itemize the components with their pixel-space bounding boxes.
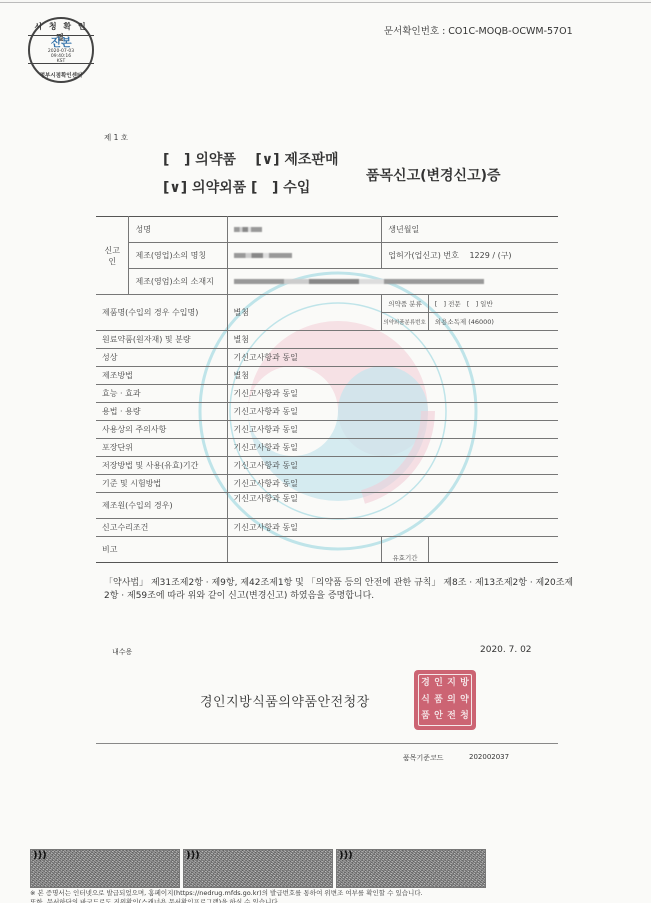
authenticity-seal: 시 청 확 인 필 진본 2020-07-03 09:40:16 KST 정부시… bbox=[28, 17, 94, 83]
row-value: 기신고사항과 동일 bbox=[227, 421, 558, 439]
row-label: 기준 및 시험방법 bbox=[96, 475, 227, 493]
applicant-section-label: 신고인 bbox=[96, 217, 129, 295]
divider bbox=[96, 743, 558, 744]
notice-line-2: 또한, 문서하단의 바코드로도 진위확인(스캐너용 문서확인프로그램)을 하실 … bbox=[30, 898, 423, 903]
row-value: 기신고사항과 동일 bbox=[227, 349, 558, 367]
remarks-label: 비고 bbox=[96, 537, 227, 563]
table-row: 신고수리조건기신고사항과 동일 bbox=[96, 519, 558, 537]
stamp-char: 방 bbox=[458, 675, 471, 692]
birth-label: 생년월일 bbox=[382, 217, 558, 243]
stamp-char: 청 bbox=[458, 708, 471, 725]
product-name-value: 별첨 bbox=[227, 295, 382, 331]
table-row: 저장방법 및 사용(유효)기간기신고사항과 동일 bbox=[96, 457, 558, 475]
signal-icon: ))) bbox=[33, 851, 47, 861]
license-value: 1229 / (구) bbox=[469, 251, 511, 260]
table-row: 원료약품(원자재) 및 분량별첨 bbox=[96, 331, 558, 349]
stamp-char: 식 bbox=[419, 692, 432, 709]
remarks-value bbox=[227, 537, 382, 563]
table-row: 효능 · 효과기신고사항과 동일 bbox=[96, 385, 558, 403]
item-rows: 원료약품(원자재) 및 분량별첨성상기신고사항과 동일제조방법별첨효능 · 효과… bbox=[96, 331, 558, 537]
row-value: 기신고사항과 동일 bbox=[227, 457, 558, 475]
row-value: 기신고사항과 동일 bbox=[227, 519, 558, 537]
drug-class-label: 의약품 분류 bbox=[382, 295, 428, 313]
verification-barcode-1: ))) bbox=[30, 849, 180, 888]
validity-label: 유효기간 bbox=[382, 537, 428, 563]
row-label: 제조방법 bbox=[96, 367, 227, 385]
row-label: 신고수리조건 bbox=[96, 519, 227, 537]
license-label: 업허가(업신고) 번호 bbox=[388, 251, 459, 260]
address-label: 제조(영엄)소의 소재지 bbox=[129, 269, 227, 295]
category-line-2: [∨] 의약외품 [ ] 수입 bbox=[163, 177, 310, 197]
stamp-char: 의 bbox=[445, 692, 458, 709]
row-label: 제조원(수입의 경우) bbox=[96, 493, 227, 519]
registration-table: 신고인 성명 생년월일 제조(영업)소의 명칭 업허가(업신고) 번호 1229… bbox=[96, 216, 558, 563]
verification-barcode-3: ))) bbox=[336, 849, 486, 888]
row-label: 원료약품(원자재) 및 분량 bbox=[96, 331, 227, 349]
redacted-address bbox=[234, 279, 484, 284]
signal-icon: ))) bbox=[339, 851, 353, 861]
table-row: 포장단위기신고사항과 동일 bbox=[96, 439, 558, 457]
table-row: 성상기신고사항과 동일 bbox=[96, 349, 558, 367]
issuing-agency: 경인지방식품의약품안전청장 bbox=[200, 691, 370, 710]
table-row: 기준 및 시험방법기신고사항과 동일 bbox=[96, 475, 558, 493]
item-code-label: 품목기준코드 bbox=[403, 753, 444, 763]
stamp-char: 안 bbox=[432, 708, 445, 725]
table-row: 용법 · 용량기신고사항과 동일 bbox=[96, 403, 558, 421]
row-value: 별첨 bbox=[227, 331, 558, 349]
redacted-company bbox=[234, 253, 292, 258]
table-row: 제조방법별첨 bbox=[96, 367, 558, 385]
redacted-name bbox=[234, 227, 262, 232]
table-row: 제조원(수입의 경우)기신고사항과 동일 bbox=[96, 493, 558, 519]
quasi-drug-class-label: 의약외품분류번호 bbox=[382, 313, 428, 331]
row-label: 효능 · 효과 bbox=[96, 385, 227, 403]
row-value: 기신고사항과 동일 bbox=[227, 439, 558, 457]
form-number: 제 1 호 bbox=[104, 132, 128, 143]
name-value bbox=[227, 217, 382, 243]
signal-icon: ))) bbox=[186, 851, 200, 861]
row-label: 저장방법 및 사용(유효)기간 bbox=[96, 457, 227, 475]
certificate-page: 시 청 확 인 필 진본 2020-07-03 09:40:16 KST 정부시… bbox=[0, 2, 651, 903]
license-field: 업허가(업신고) 번호 1229 / (구) bbox=[382, 243, 558, 269]
seal-band-bottom bbox=[28, 63, 94, 64]
row-label: 용법 · 용량 bbox=[96, 403, 227, 421]
legal-statement: 「약사법」 제31조제2항 · 제9항, 제42조제1항 및 「의약품 등의 안… bbox=[104, 577, 574, 603]
stamp-char: 약 bbox=[458, 692, 471, 709]
address-value bbox=[227, 269, 558, 295]
official-red-stamp: 경인지방식품의약품안전청 bbox=[414, 670, 476, 730]
stamp-char: 품 bbox=[432, 692, 445, 709]
item-code-value: 202002037 bbox=[469, 753, 509, 761]
notice-line-1: ※ 본 증명서는 인터넷으로 발급되었으며, 홈페이지(https://nedr… bbox=[30, 889, 423, 898]
name-label: 성명 bbox=[129, 217, 227, 243]
issuance-notice: ※ 본 증명서는 인터넷으로 발급되었으며, 홈페이지(https://nedr… bbox=[30, 889, 423, 903]
document-title: 품목신고(변경신고)증 bbox=[366, 165, 501, 185]
stamp-char: 인 bbox=[432, 675, 445, 692]
verification-barcode-2: ))) bbox=[183, 849, 333, 888]
row-value: 기신고사항과 동일 bbox=[227, 385, 558, 403]
validity-value bbox=[428, 537, 558, 563]
row-label: 사용상의 주의사항 bbox=[96, 421, 227, 439]
seal-label: 진본 bbox=[30, 37, 92, 49]
company-name-label: 제조(영업)소의 명칭 bbox=[129, 243, 227, 269]
issue-date: 2020. 7. 02 bbox=[480, 645, 532, 655]
document-confirmation-number: 문서확인번호 : CO1C-MOQB-OCWM-57O1 bbox=[384, 23, 573, 37]
quasi-drug-class-value: 외용소독제 (46000) bbox=[428, 313, 558, 331]
row-value: 기신고사항과 동일 bbox=[227, 475, 558, 493]
drug-class-value: [ ] 전문 [ ] 일반 bbox=[428, 295, 558, 313]
row-value: 기신고사항과 동일 bbox=[227, 403, 558, 421]
row-label: 포장단위 bbox=[96, 439, 227, 457]
stamp-char: 지 bbox=[445, 675, 458, 692]
category-line-1: [ ] 의약품 [∨] 제조판매 bbox=[163, 149, 339, 169]
table-row: 사용상의 주의사항기신고사항과 동일 bbox=[96, 421, 558, 439]
stamp-char: 품 bbox=[419, 708, 432, 725]
product-name-label: 제품명(수입의 경우 수입명) bbox=[96, 295, 227, 331]
company-name-value bbox=[227, 243, 382, 269]
seal-bottom-text: 정부시점확인센터 bbox=[30, 71, 92, 79]
row-label: 성상 bbox=[96, 349, 227, 367]
stamp-char: 전 bbox=[445, 708, 458, 725]
row-value: 기신고사항과 동일 bbox=[227, 493, 558, 519]
stamp-char: 경 bbox=[419, 675, 432, 692]
row-value: 별첨 bbox=[227, 367, 558, 385]
domestic-use-label: 내수용 bbox=[112, 647, 132, 657]
stamp-characters: 경인지방식품의약품안전청 bbox=[418, 674, 472, 726]
